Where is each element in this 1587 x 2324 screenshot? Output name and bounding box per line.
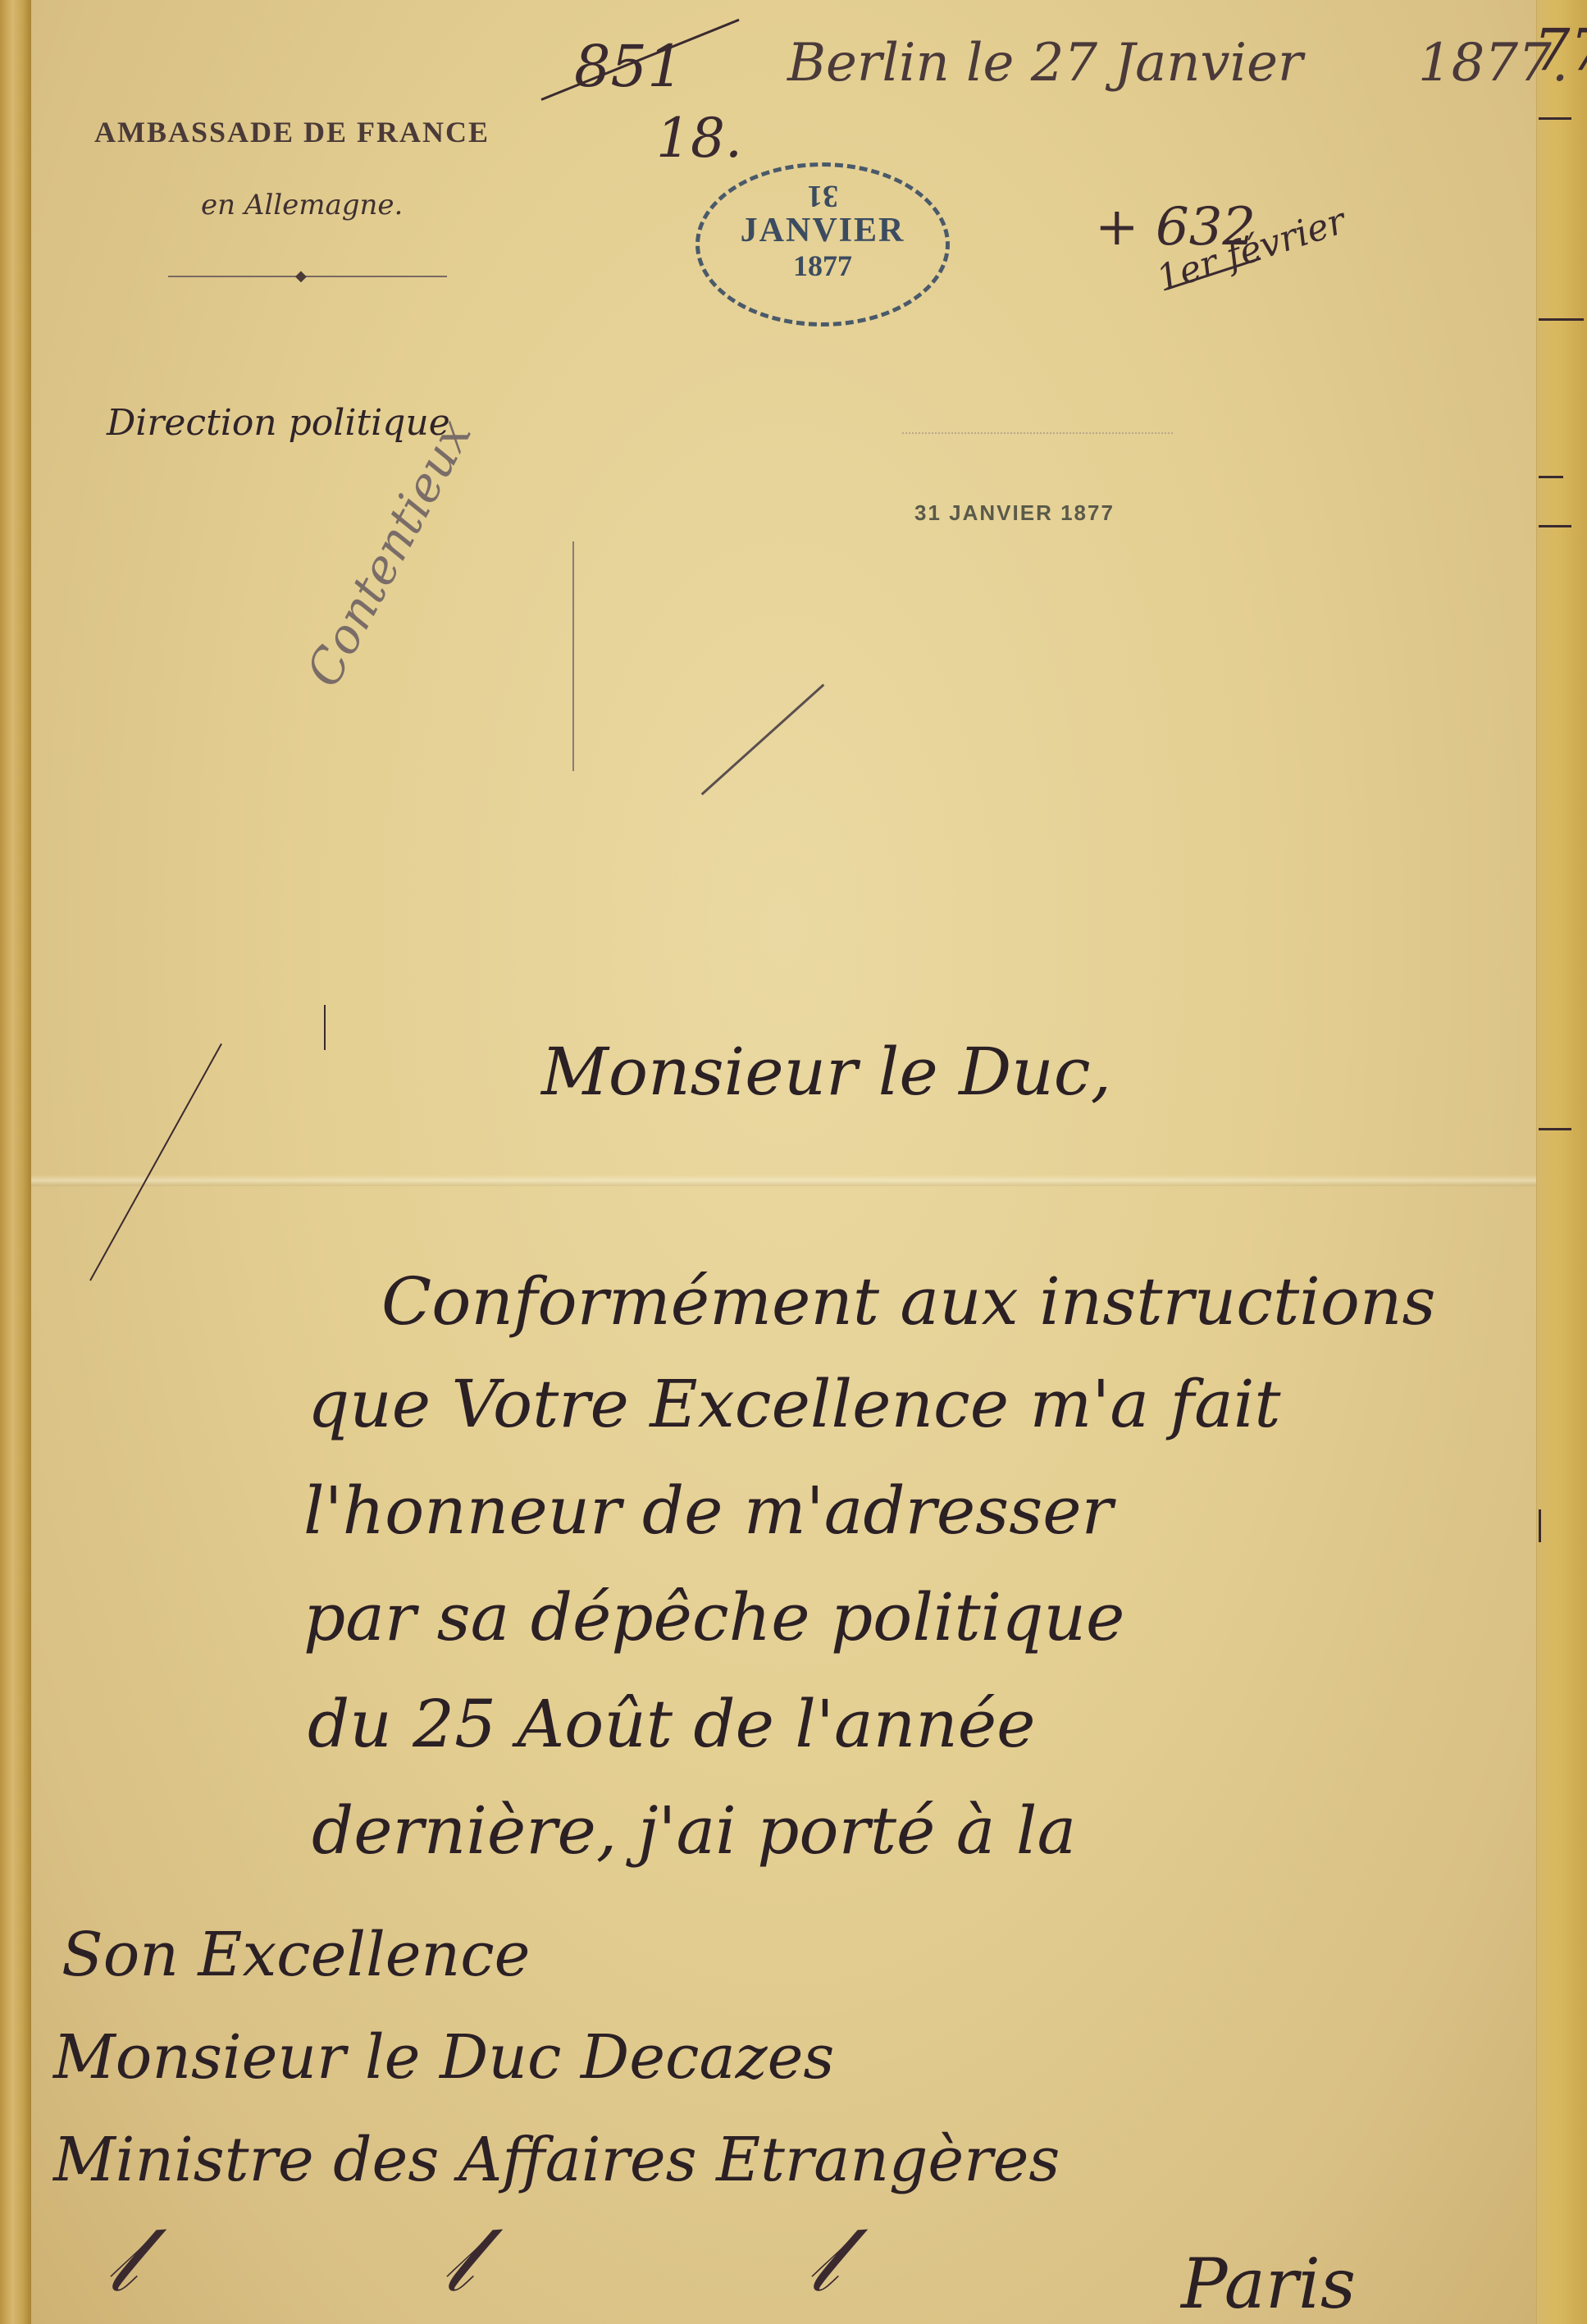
edge-mark [1539, 1509, 1541, 1542]
edge-mark [1539, 476, 1563, 478]
edge-mark [1539, 318, 1584, 321]
address-line-2: Monsieur le Duc Decazes [53, 2022, 834, 2093]
body-line-5: du 25 Août de l'année [308, 1686, 1035, 1762]
edge-mark [1539, 1128, 1571, 1130]
flourish-mark-1: 𝓁 [107, 2207, 137, 2313]
reference-sub-number: 18. [656, 107, 742, 170]
edge-mark [1539, 117, 1571, 120]
ornament-icon: ◆ [295, 267, 307, 285]
body-line-4: par sa dépêche politique [303, 1579, 1124, 1655]
underlying-sheet-edge [1536, 0, 1587, 2324]
flourish-mark-2: 𝓁 [443, 2207, 473, 2313]
registry-stamp: 31 JANVIER 1877 [914, 500, 1115, 526]
address-line-3: Ministre des Affaires Etrangères [53, 2125, 1060, 2195]
letterhead-title: AMBASSADE DE FRANCE [94, 115, 490, 149]
reference-number: 851 [574, 33, 684, 100]
salutation: Monsieur le Duc, [541, 1034, 1111, 1110]
stamp-month: JANVIER [700, 211, 946, 250]
stamp-year: 1877 [700, 249, 946, 283]
body-line-1: Conformément aux instructions [381, 1263, 1436, 1340]
pencil-bracket [449, 541, 574, 771]
received-stamp: 31 JANVIER 1877 [695, 162, 950, 326]
paper-fold-crease [31, 1175, 1536, 1186]
body-line-6: dernière, j'ai porté à la [312, 1792, 1076, 1869]
edge-mark [1539, 525, 1571, 527]
address-line-1: Son Excellence [62, 1920, 530, 1990]
dateline-text: Berlin le 27 Janvier [787, 33, 1303, 94]
binding-edge [0, 0, 31, 2324]
flourish-mark-3: 𝓁 [808, 2207, 838, 2313]
letterhead-rule [168, 276, 447, 277]
address-city: Paris [1181, 2244, 1356, 2324]
stamp-day: 31 [700, 178, 946, 214]
margin-tick-mark [324, 1005, 326, 1050]
margin-folio-mark: 77 [1534, 16, 1587, 84]
body-line-3: l'honneur de m'adresser [303, 1472, 1113, 1549]
body-line-2: que Votre Excellence m'a fait [308, 1366, 1281, 1442]
department-label: Direction politique [107, 402, 450, 444]
letterhead-subtitle: en Allemagne. [201, 189, 403, 221]
faint-dotted-line [902, 432, 1173, 436]
dateline: Berlin le 27 Janvier 1877. [787, 33, 1568, 94]
